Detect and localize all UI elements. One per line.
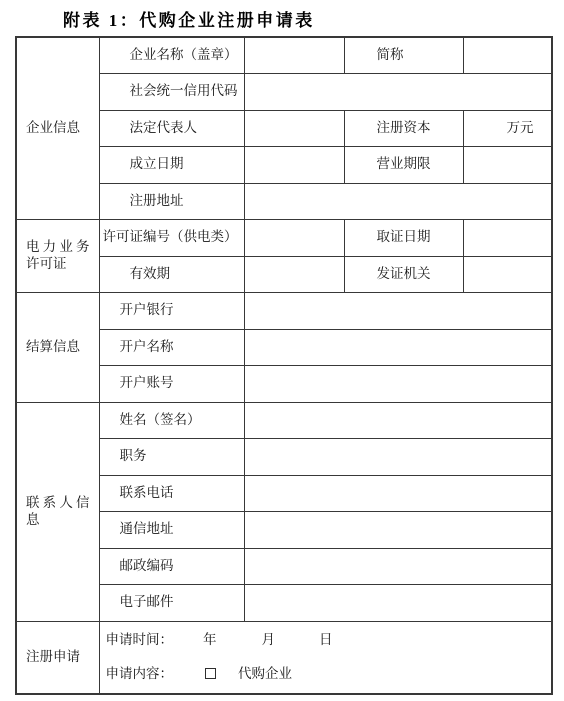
application-content-line: 申请内容：代购企业 bbox=[106, 666, 552, 683]
application-content-label: 申请内容： bbox=[106, 666, 174, 681]
validity-label: 有效期 bbox=[99, 256, 244, 293]
table-row: 注册申请 申请时间：年月日 申请内容：代购企业 bbox=[16, 621, 552, 694]
application-time-line: 申请时间：年月日 bbox=[106, 632, 552, 649]
registration-form-table: 企业信息 企业名称（盖章） 简称 社会统一信用代码 法定代表人 注册资本 万元 … bbox=[15, 36, 553, 695]
obtain-date-value bbox=[463, 220, 552, 257]
license-number-value bbox=[244, 220, 344, 257]
page-title: 附表 1：代购企业注册申请表 bbox=[63, 6, 315, 31]
account-name-value bbox=[244, 329, 552, 366]
enterprise-name-label: 企业名称（盖章） bbox=[99, 37, 244, 74]
email-label: 电子邮件 bbox=[99, 585, 244, 622]
form-page: 附表 1：代购企业注册申请表 企业信息 企业名称（盖章） 简称 社会统一信用代码… bbox=[0, 0, 564, 701]
mail-address-value bbox=[244, 512, 552, 549]
table-row: 电力业务许可证 许可证编号（供电类） 取证日期 bbox=[16, 220, 552, 257]
founding-date-value bbox=[244, 147, 344, 184]
section-label-application: 注册申请 bbox=[16, 621, 99, 694]
checkbox-icon[interactable] bbox=[205, 668, 216, 679]
bank-value bbox=[244, 293, 552, 330]
short-name-label: 简称 bbox=[344, 37, 463, 74]
account-number-label: 开户账号 bbox=[99, 366, 244, 403]
year-label: 年 bbox=[203, 632, 217, 649]
section-label-enterprise: 企业信息 bbox=[16, 37, 99, 220]
section-label-settlement: 结算信息 bbox=[16, 293, 99, 403]
credit-code-label: 社会统一信用代码 bbox=[99, 74, 244, 111]
founding-date-label: 成立日期 bbox=[99, 147, 244, 184]
postcode-value bbox=[244, 548, 552, 585]
account-name-label: 开户名称 bbox=[99, 329, 244, 366]
position-label: 职务 bbox=[99, 439, 244, 476]
month-label: 月 bbox=[262, 632, 276, 649]
table-row: 企业信息 企业名称（盖章） 简称 bbox=[16, 37, 552, 74]
validity-value bbox=[244, 256, 344, 293]
table-row: 结算信息 开户银行 bbox=[16, 293, 552, 330]
mail-address-label: 通信地址 bbox=[99, 512, 244, 549]
option-purchasing-enterprise: 代购企业 bbox=[238, 666, 292, 683]
business-term-value bbox=[463, 147, 552, 184]
section-label-license: 电力业务许可证 bbox=[16, 220, 99, 293]
day-label: 日 bbox=[319, 632, 333, 649]
phone-label: 联系电话 bbox=[99, 475, 244, 512]
section-label-contact: 联系人信息 bbox=[16, 402, 99, 621]
legal-rep-value bbox=[244, 110, 344, 147]
reg-address-value bbox=[244, 183, 552, 220]
license-number-label: 许可证编号（供电类） bbox=[99, 220, 244, 257]
legal-rep-label: 法定代表人 bbox=[99, 110, 244, 147]
postcode-label: 邮政编码 bbox=[99, 548, 244, 585]
obtain-date-label: 取证日期 bbox=[344, 220, 463, 257]
phone-value bbox=[244, 475, 552, 512]
contact-name-label: 姓名（签名） bbox=[99, 402, 244, 439]
reg-capital-unit: 万元 bbox=[463, 110, 552, 147]
position-value bbox=[244, 439, 552, 476]
reg-capital-label: 注册资本 bbox=[344, 110, 463, 147]
enterprise-name-value bbox=[244, 37, 344, 74]
account-number-value bbox=[244, 366, 552, 403]
authority-label: 发证机关 bbox=[344, 256, 463, 293]
application-cell: 申请时间：年月日 申请内容：代购企业 bbox=[99, 621, 552, 694]
authority-value bbox=[463, 256, 552, 293]
table-row: 联系人信息 姓名（签名） bbox=[16, 402, 552, 439]
application-time-label: 申请时间： bbox=[106, 632, 174, 647]
reg-address-label: 注册地址 bbox=[99, 183, 244, 220]
email-value bbox=[244, 585, 552, 622]
bank-label: 开户银行 bbox=[99, 293, 244, 330]
contact-name-value bbox=[244, 402, 552, 439]
business-term-label: 营业期限 bbox=[344, 147, 463, 184]
short-name-value bbox=[463, 37, 552, 74]
credit-code-value bbox=[244, 74, 552, 111]
